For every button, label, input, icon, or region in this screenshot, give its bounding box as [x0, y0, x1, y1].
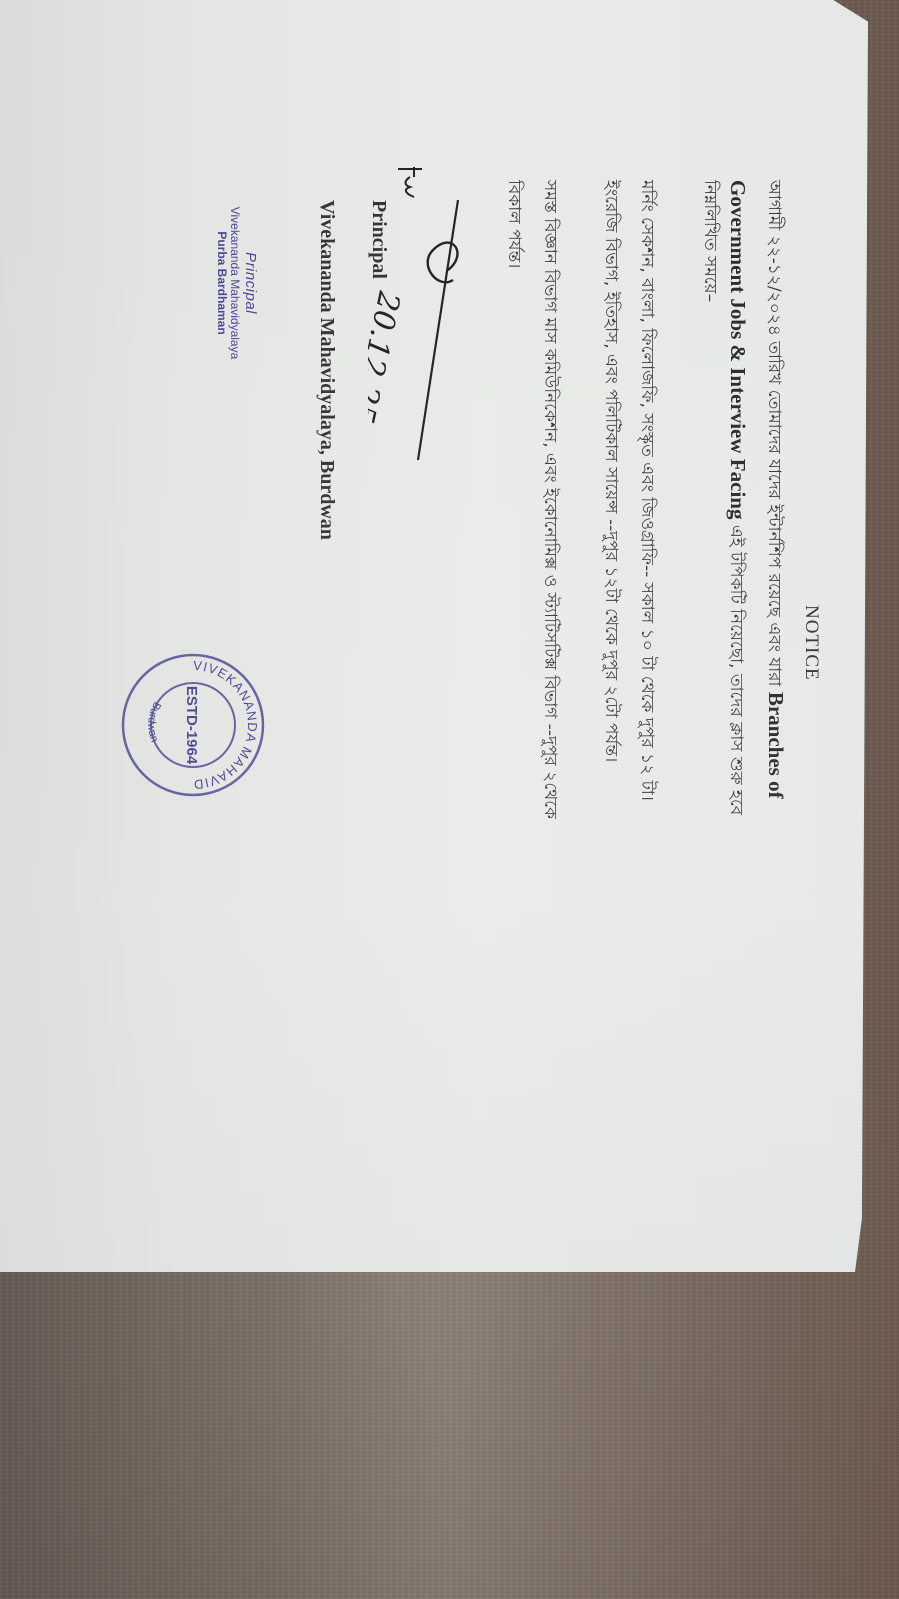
- college-seal-icon: VIVEKANANDA MAHAVIDYALAYA Burdwan ESTD-1…: [118, 650, 268, 800]
- schedule-line-science-end: বিকাল পর্যন্ত।: [505, 180, 522, 268]
- college-name: Vivekananda Mahavidyalaya, Burdwan: [315, 200, 338, 540]
- svg-text:VIVEKANANDA MAHAVIDYALAYA: VIVEKANANDA MAHAVIDYALAYA: [192, 650, 268, 792]
- notice-paper: NOTICE আগামী ২২-১২/২০২৪ তারিখ তোমাদের যা…: [0, 0, 868, 1272]
- principal-label: Principal: [367, 200, 390, 279]
- svg-text:20.12.25: 20.12.25: [368, 287, 407, 426]
- schedule-line-morning: মর্নিং সেকশন, বাংলা, ফিলোজফি, সংস্কৃত এব…: [638, 180, 655, 801]
- paragraph-line-2: Government Jobs & Interview Facing এই টপ…: [727, 180, 748, 815]
- topic-bold-text: Government Jobs & Interview Facing: [726, 180, 750, 519]
- for-principal-mark-icon: [388, 165, 428, 205]
- schedule-line-science: সমস্ত বিজ্ঞান বিভাগ মাস কমিউনিকেশন, এবং …: [541, 180, 558, 819]
- paragraph-line-3: নিম্নলিখিত সময়ে–: [701, 180, 718, 302]
- notice-title: NOTICE: [800, 605, 822, 681]
- notice-document: NOTICE আগামী ২২-১২/২০২৪ তারিখ তোমাদের যা…: [0, 0, 868, 1272]
- schedule-line-noon: ইংরেজি বিভাগ, ইতিহাস, এবং পলিটিকাল সায়ে…: [602, 180, 619, 762]
- branches-bold-text: Branches of: [764, 692, 788, 799]
- stamp-college: Vivekananda Mahavidyalaya: [228, 198, 241, 368]
- intro-text: আগামী ২২-১২/২০২৪ তারিখ তোমাদের যাদের ইন্…: [764, 180, 784, 686]
- topic-tail-text: এই টপিকটি নিয়েছো, তাদের ক্লাস শুরু হবে: [726, 519, 746, 815]
- principal-rubber-stamp: Principal Vivekananda Mahavidyalaya Purb…: [215, 198, 258, 368]
- stamp-title: Principal: [242, 198, 259, 368]
- svg-text:ESTD-1964: ESTD-1964: [183, 686, 200, 765]
- svg-text:Burdwan: Burdwan: [145, 700, 163, 744]
- stamp-location: Purba Bardhaman: [215, 198, 228, 368]
- paragraph-line-1: আগামী ২২-১২/২০২৪ তারিখ তোমাদের যাদের ইন্…: [765, 180, 786, 799]
